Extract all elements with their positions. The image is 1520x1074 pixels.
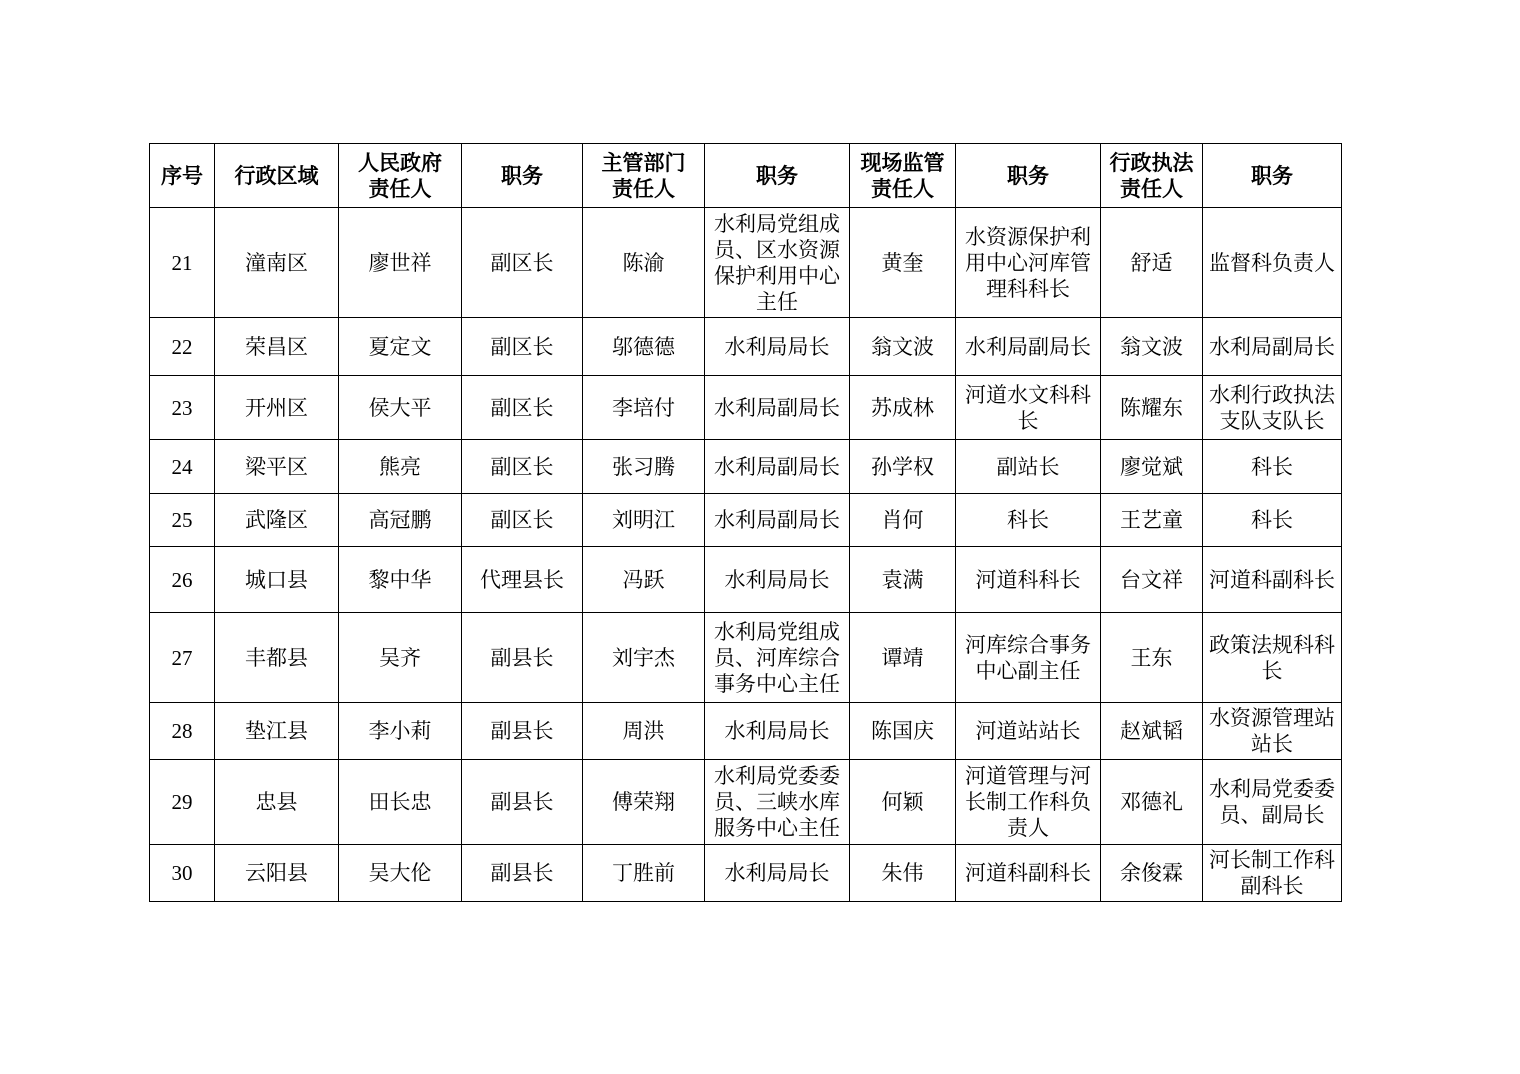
table-cell: 朱伟 xyxy=(850,845,956,902)
table-row: 26 城口县 黎中华 代理县长 冯跃 水利局局长 袁满 河道科科长 台文祥 河道… xyxy=(150,547,1342,613)
column-header-dept-title: 职务 xyxy=(705,144,850,208)
table-cell: 邓德礼 xyxy=(1101,760,1203,845)
table-cell: 科长 xyxy=(1203,440,1342,494)
table-cell: 何颖 xyxy=(850,760,956,845)
table-cell: 傅荣翔 xyxy=(583,760,705,845)
table-cell: 23 xyxy=(150,376,215,440)
table-cell: 刘明江 xyxy=(583,494,705,547)
table-cell: 河道科科长 xyxy=(956,547,1101,613)
table-cell: 副县长 xyxy=(462,760,583,845)
table-cell: 垫江县 xyxy=(215,703,339,760)
table-cell: 30 xyxy=(150,845,215,902)
table-cell: 周洪 xyxy=(583,703,705,760)
table-cell: 梁平区 xyxy=(215,440,339,494)
column-header-dept-person: 主管部门 责任人 xyxy=(583,144,705,208)
table-cell: 28 xyxy=(150,703,215,760)
table-cell: 吴齐 xyxy=(339,613,462,703)
table-cell: 河库综合事务中心副主任 xyxy=(956,613,1101,703)
table-cell: 27 xyxy=(150,613,215,703)
table-cell: 荣昌区 xyxy=(215,318,339,376)
table-cell: 陈渝 xyxy=(583,208,705,318)
table-cell: 李小莉 xyxy=(339,703,462,760)
table-cell: 王东 xyxy=(1101,613,1203,703)
table-cell: 水利局副局长 xyxy=(1203,318,1342,376)
table-cell: 26 xyxy=(150,547,215,613)
table-cell: 高冠鹏 xyxy=(339,494,462,547)
table-cell: 肖何 xyxy=(850,494,956,547)
table-cell: 田长忠 xyxy=(339,760,462,845)
table-row: 30 云阳县 吴大伦 副县长 丁胜前 水利局局长 朱伟 河道科副科长 余俊霖 河… xyxy=(150,845,1342,902)
table-cell: 廖觉斌 xyxy=(1101,440,1203,494)
table-cell: 熊亮 xyxy=(339,440,462,494)
table-cell: 科长 xyxy=(956,494,1101,547)
table-cell: 副站长 xyxy=(956,440,1101,494)
table-cell: 水利局党委委员、副局长 xyxy=(1203,760,1342,845)
column-header-law-person: 行政执法 责任人 xyxy=(1101,144,1203,208)
table-cell: 水资源保护利用中心河库管理科科长 xyxy=(956,208,1101,318)
table-cell: 刘宇杰 xyxy=(583,613,705,703)
table-row: 27 丰都县 吴齐 副县长 刘宇杰 水利局党组成员、河库综合事务中心主任 谭靖 … xyxy=(150,613,1342,703)
table-cell: 河道管理与河长制工作科负责人 xyxy=(956,760,1101,845)
table-cell: 河道科副科长 xyxy=(1203,547,1342,613)
table-cell: 水利局副局长 xyxy=(705,440,850,494)
table-cell: 陈耀东 xyxy=(1101,376,1203,440)
table-row: 21 潼南区 廖世祥 副区长 陈渝 水利局党组成员、区水资源保护利用中心主任 黄… xyxy=(150,208,1342,318)
table-row: 23 开州区 侯大平 副区长 李培付 水利局副局长 苏成林 河道水文科科长 陈耀… xyxy=(150,376,1342,440)
column-header-region: 行政区域 xyxy=(215,144,339,208)
table-cell: 廖世祥 xyxy=(339,208,462,318)
table-cell: 谭靖 xyxy=(850,613,956,703)
table-cell: 孙学权 xyxy=(850,440,956,494)
table-cell: 丁胜前 xyxy=(583,845,705,902)
table-cell: 黄奎 xyxy=(850,208,956,318)
table-cell: 科长 xyxy=(1203,494,1342,547)
table-cell: 河长制工作科副科长 xyxy=(1203,845,1342,902)
table-cell: 开州区 xyxy=(215,376,339,440)
column-header-gov-title: 职务 xyxy=(462,144,583,208)
responsibility-table: 序号 行政区域 人民政府 责任人 职务 主管部门 责任人 职务 现场监管 责任人… xyxy=(149,143,1342,902)
table-cell: 吴大伦 xyxy=(339,845,462,902)
table-row: 22 荣昌区 夏定文 副区长 邬德德 水利局局长 翁文波 水利局副局长 翁文波 … xyxy=(150,318,1342,376)
table-row: 28 垫江县 李小莉 副县长 周洪 水利局局长 陈国庆 河道站站长 赵斌韬 水资… xyxy=(150,703,1342,760)
table-cell: 李培付 xyxy=(583,376,705,440)
table-cell: 云阳县 xyxy=(215,845,339,902)
table-cell: 副区长 xyxy=(462,494,583,547)
table-cell: 21 xyxy=(150,208,215,318)
table-cell: 河道科副科长 xyxy=(956,845,1101,902)
table-cell: 忠县 xyxy=(215,760,339,845)
table-cell: 副区长 xyxy=(462,318,583,376)
column-header-law-title: 职务 xyxy=(1203,144,1342,208)
column-header-site-title: 职务 xyxy=(956,144,1101,208)
table-cell: 城口县 xyxy=(215,547,339,613)
table-cell: 副区长 xyxy=(462,208,583,318)
table-cell: 台文祥 xyxy=(1101,547,1203,613)
column-header-index: 序号 xyxy=(150,144,215,208)
table-cell: 冯跃 xyxy=(583,547,705,613)
table-cell: 水利局局长 xyxy=(705,547,850,613)
table-cell: 副县长 xyxy=(462,613,583,703)
table-cell: 水利局局长 xyxy=(705,845,850,902)
table-cell: 水利局局长 xyxy=(705,703,850,760)
table-cell: 水利局副局长 xyxy=(705,494,850,547)
table-cell: 河道水文科科长 xyxy=(956,376,1101,440)
table-cell: 副县长 xyxy=(462,703,583,760)
table-cell: 舒适 xyxy=(1101,208,1203,318)
table-cell: 水资源管理站站长 xyxy=(1203,703,1342,760)
table-header-row: 序号 行政区域 人民政府 责任人 职务 主管部门 责任人 职务 现场监管 责任人… xyxy=(150,144,1342,208)
table-cell: 潼南区 xyxy=(215,208,339,318)
document-page: 序号 行政区域 人民政府 责任人 职务 主管部门 责任人 职务 现场监管 责任人… xyxy=(0,0,1520,1074)
table-cell: 张习腾 xyxy=(583,440,705,494)
table-cell: 武隆区 xyxy=(215,494,339,547)
table-cell: 水利局副局长 xyxy=(956,318,1101,376)
table-cell: 副区长 xyxy=(462,440,583,494)
table-cell: 河道站站长 xyxy=(956,703,1101,760)
table-cell: 侯大平 xyxy=(339,376,462,440)
table-cell: 余俊霖 xyxy=(1101,845,1203,902)
table-cell: 夏定文 xyxy=(339,318,462,376)
table-cell: 水利局党组成员、区水资源保护利用中心主任 xyxy=(705,208,850,318)
table-cell: 监督科负责人 xyxy=(1203,208,1342,318)
table-cell: 丰都县 xyxy=(215,613,339,703)
table-row: 25 武隆区 高冠鹏 副区长 刘明江 水利局副局长 肖何 科长 王艺童 科长 xyxy=(150,494,1342,547)
table-cell: 副县长 xyxy=(462,845,583,902)
column-header-site-person: 现场监管 责任人 xyxy=(850,144,956,208)
table-cell: 24 xyxy=(150,440,215,494)
table-cell: 陈国庆 xyxy=(850,703,956,760)
column-header-gov-person: 人民政府 责任人 xyxy=(339,144,462,208)
table-cell: 29 xyxy=(150,760,215,845)
table-row: 29 忠县 田长忠 副县长 傅荣翔 水利局党委委员、三峡水库服务中心主任 何颖 … xyxy=(150,760,1342,845)
table-cell: 翁文波 xyxy=(1101,318,1203,376)
table-cell: 王艺童 xyxy=(1101,494,1203,547)
table-cell: 水利局副局长 xyxy=(705,376,850,440)
table-cell: 22 xyxy=(150,318,215,376)
table-cell: 水利局党组成员、河库综合事务中心主任 xyxy=(705,613,850,703)
table-cell: 水利局党委委员、三峡水库服务中心主任 xyxy=(705,760,850,845)
table-cell: 25 xyxy=(150,494,215,547)
table-cell: 赵斌韬 xyxy=(1101,703,1203,760)
table-cell: 水利局局长 xyxy=(705,318,850,376)
table-cell: 水利行政执法支队支队长 xyxy=(1203,376,1342,440)
table-cell: 黎中华 xyxy=(339,547,462,613)
table-cell: 代理县长 xyxy=(462,547,583,613)
table-cell: 政策法规科科长 xyxy=(1203,613,1342,703)
table-cell: 副区长 xyxy=(462,376,583,440)
table-cell: 邬德德 xyxy=(583,318,705,376)
table-cell: 袁满 xyxy=(850,547,956,613)
table-cell: 翁文波 xyxy=(850,318,956,376)
table-row: 24 梁平区 熊亮 副区长 张习腾 水利局副局长 孙学权 副站长 廖觉斌 科长 xyxy=(150,440,1342,494)
table-cell: 苏成林 xyxy=(850,376,956,440)
